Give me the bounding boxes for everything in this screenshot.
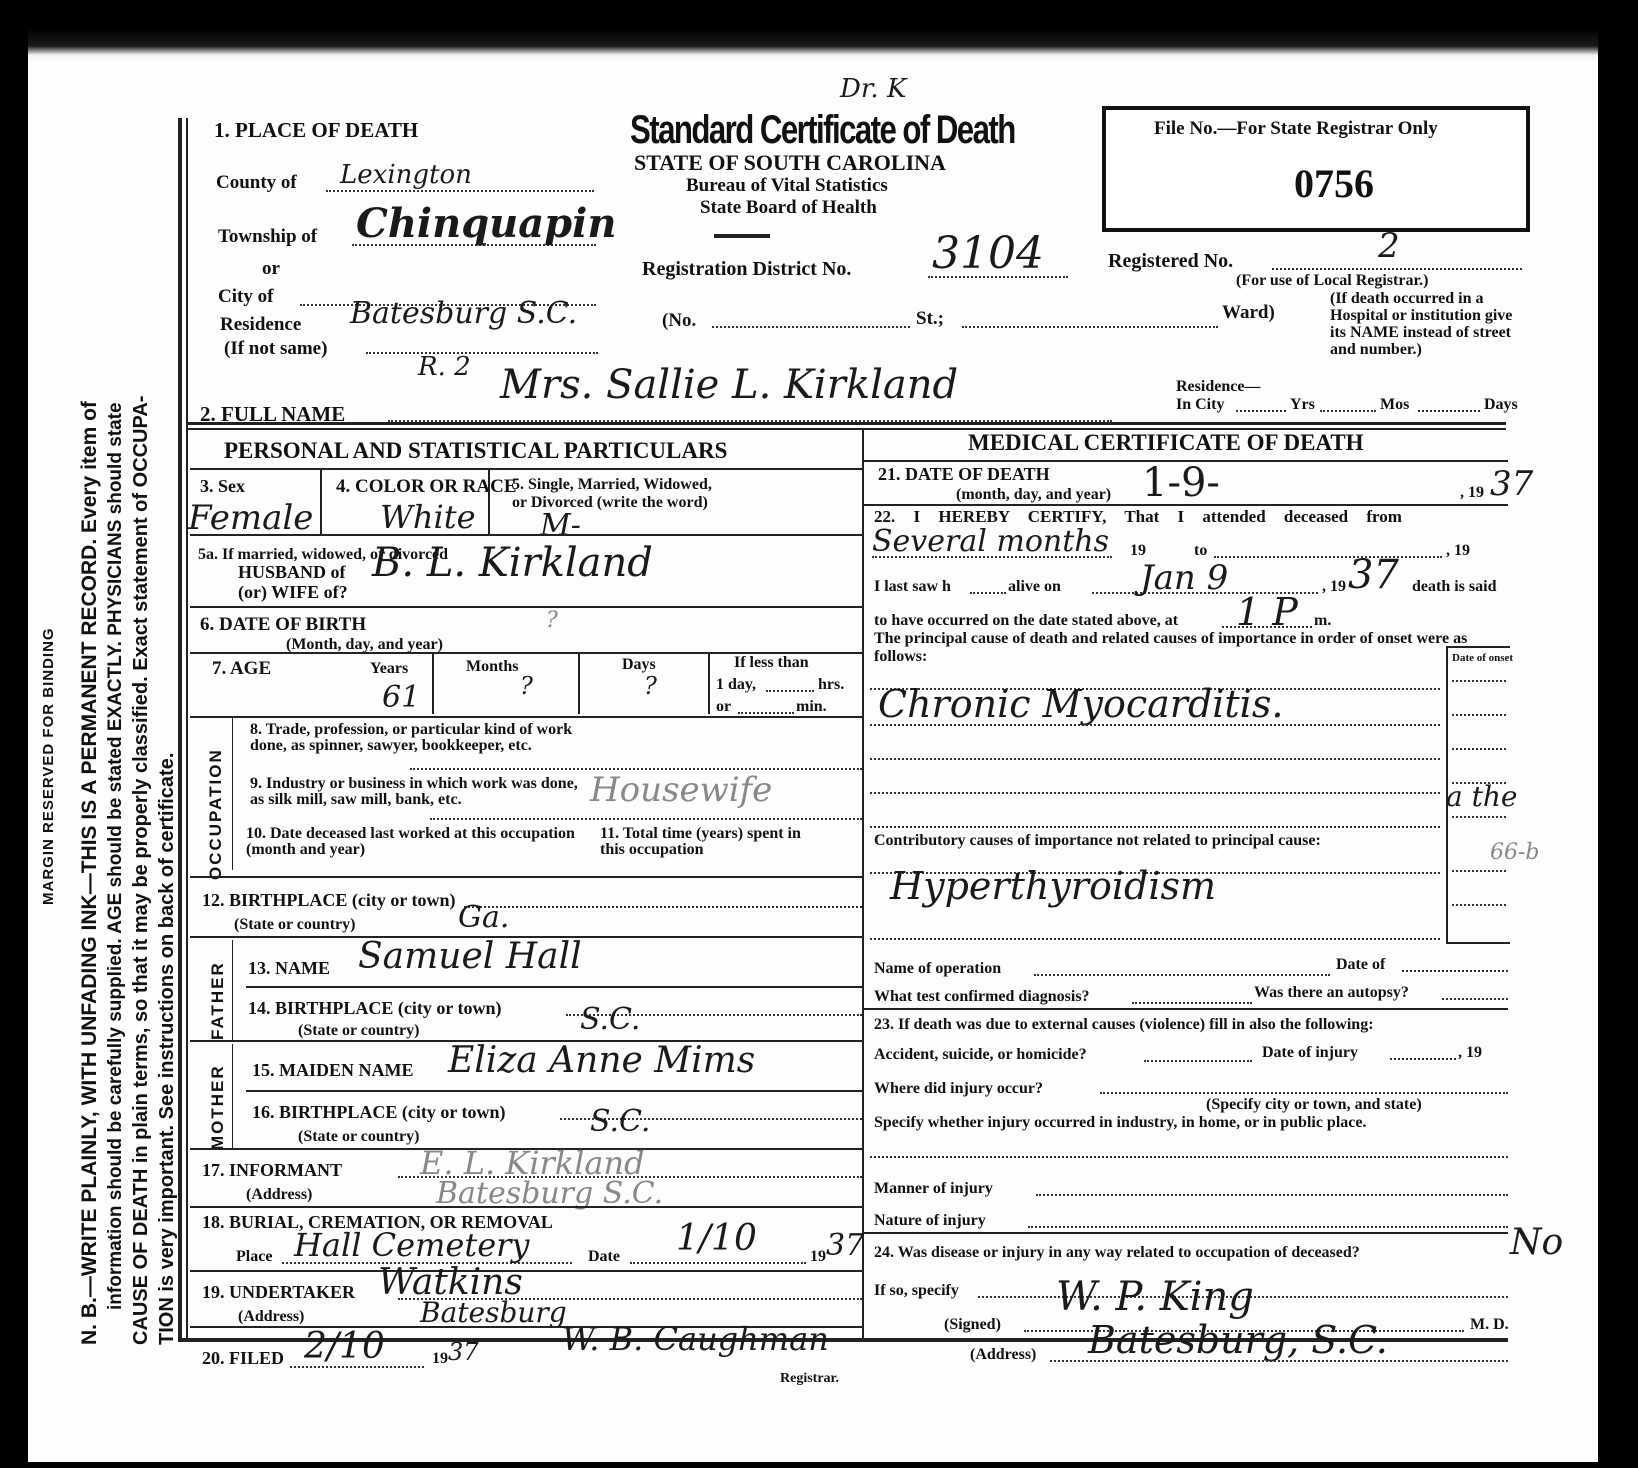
in-city-yrs-line: [1236, 410, 1286, 412]
margin-instruction-line3: CAUSE OF DEATH in plain terms, so that i…: [130, 396, 153, 1345]
last-saw-year-prefix: , 19: [1322, 578, 1346, 595]
registered-no-label: Registered No.: [1108, 250, 1233, 273]
sex-value: Female: [188, 498, 313, 538]
attended-to-label: to: [1194, 542, 1207, 559]
onset-line-6: [1452, 870, 1506, 872]
margin-instruction-line1: N. B.—WRITE PLAINLY, WITH UNFADING INK—T…: [78, 401, 102, 1345]
file-box-label: File No.—For State Registrar Only: [1154, 118, 1438, 140]
street-number-label: (No.: [662, 310, 696, 332]
less-than-label: If less than: [734, 654, 809, 671]
mother-birthplace-sub: (State or country): [298, 1128, 419, 1145]
industry-label: 9. Industry or business in which work wa…: [250, 776, 584, 808]
external-label: 23. If death was due to external causes …: [874, 1016, 1374, 1033]
certificate-title: Standard Certificate of Death: [630, 108, 1020, 153]
residence-in-city-label: Residence—: [1176, 378, 1260, 395]
burial-place-label: Place: [236, 1248, 272, 1265]
registration-district-label: Registration District No.: [642, 258, 851, 281]
section-top-rule: [186, 422, 1506, 425]
mother-maiden-label: 15. MAIDEN NAME: [252, 1062, 414, 1079]
column-divider: [862, 430, 864, 1338]
filed-year-value: 37: [448, 1338, 479, 1366]
onset-value: a the: [1446, 780, 1517, 813]
attended-from-value: Several months: [872, 524, 1109, 559]
marital-value: M-: [540, 508, 581, 543]
residence-value: Batesburg S.C.: [350, 296, 577, 331]
bureau-name: Bureau of Vital Statistics: [686, 175, 888, 197]
total-time-label: 11. Total time (years) spent in this occ…: [600, 826, 814, 858]
medical-rule-24: [864, 1232, 1508, 1234]
attended-19: 19: [1130, 542, 1146, 559]
time-value: 1 P: [1236, 590, 1298, 634]
registrar-label: Registrar.: [780, 1370, 839, 1387]
contributory-cause-value: Hyperthyroidism: [890, 864, 1216, 908]
age-months-value: ?: [520, 672, 533, 700]
father-birthplace-label: 14. BIRTHPLACE (city or town): [248, 1000, 502, 1017]
onset-line-1: [1452, 680, 1506, 682]
sex-label: 3. Sex: [200, 478, 245, 495]
occupation-related-value: No: [1510, 1222, 1563, 1263]
residence-label: Residence: [220, 314, 301, 336]
or-min-label: or: [716, 698, 731, 715]
contributory-label: Contributory causes of importance not re…: [874, 832, 1321, 849]
county-line: [326, 190, 594, 192]
age-years-value: 61: [382, 680, 420, 715]
specify-place-line: [870, 1156, 1508, 1158]
township-label: Township of: [218, 226, 317, 248]
full-name-value: Mrs. Sallie L. Kirkland: [500, 362, 958, 408]
in-city-label: In City: [1176, 396, 1224, 413]
attended-to-line: [1214, 556, 1442, 558]
age-days-value: ?: [644, 672, 657, 700]
dod-label: 21. DATE OF DEATH: [878, 466, 1050, 483]
age-label: 7. AGE: [212, 660, 271, 677]
test-line: [1132, 1002, 1252, 1004]
dob-label: 6. DATE OF BIRTH: [200, 616, 366, 633]
row-rule-2: [190, 606, 862, 608]
personal-heading-rule: [190, 468, 862, 470]
board-name: State Board of Health: [700, 197, 877, 219]
last-worked-label: 10. Date deceased last worked at this oc…: [246, 826, 584, 858]
physician-address-label: (Address): [970, 1346, 1036, 1363]
file-number: 0756: [1294, 160, 1374, 207]
marital-label-1: 5. Single, Married, Widowed,: [512, 476, 712, 493]
last-saw-pronoun-line: [970, 592, 1006, 594]
street-line: [962, 326, 1218, 328]
onset-line-7: [1452, 904, 1506, 906]
attended-to-19: , 19: [1446, 542, 1470, 559]
in-city-mos-line: [1320, 410, 1376, 412]
row-rule-10: [190, 1270, 862, 1272]
spouse-value: B. L. Kirkland: [372, 540, 653, 586]
residence-sub-label: (If not same): [224, 338, 327, 360]
nature-label: Nature of injury: [874, 1212, 986, 1229]
father-side-label: FATHER: [208, 961, 228, 1040]
accident-line: [1144, 1060, 1252, 1062]
date-injury-label: Date of injury: [1262, 1044, 1358, 1061]
residence-line: [366, 352, 598, 354]
city-label: City of: [218, 286, 273, 308]
registered-no-value: 2: [1378, 226, 1400, 266]
operation-line: [1034, 974, 1330, 976]
date-of-onset-label: Date of onset: [1452, 650, 1513, 667]
age-days-divider: [708, 654, 710, 714]
mos-label: Mos: [1380, 396, 1409, 413]
informant-address-label: (Address): [246, 1186, 312, 1203]
death-said-label: death is said: [1412, 578, 1496, 595]
signed-label: (Signed): [944, 1316, 1001, 1333]
father-name-value: Samuel Hall: [358, 936, 582, 977]
mother-birthplace-value: S.C.: [590, 1104, 650, 1139]
manner-label: Manner of injury: [874, 1180, 993, 1197]
dod-year-value: 37: [1490, 464, 1533, 504]
specify-place-label: Specify whether injury occurred in indus…: [874, 1114, 1366, 1131]
cause-intro: The principal cause of death and related…: [874, 630, 1524, 666]
title-rule: [714, 234, 770, 238]
autopsy-label: Was there an autopsy?: [1254, 984, 1409, 1001]
industry-value: Housewife: [590, 770, 772, 810]
burial-date-label: Date: [588, 1248, 620, 1265]
or-label: or: [262, 258, 280, 280]
filed-year-prefix: 19: [432, 1350, 448, 1367]
attended-from-line: [872, 556, 1112, 558]
medical-rule-23: [864, 1008, 1508, 1010]
mother-maiden-rule: [246, 1090, 862, 1092]
race-value: White: [380, 498, 476, 536]
dod-value: 1-9-: [1142, 460, 1220, 506]
filed-label: 20. FILED: [202, 1350, 284, 1367]
ward-label: Ward): [1222, 302, 1275, 324]
burial-date-value: 1/10: [676, 1218, 757, 1259]
state-name: STATE OF SOUTH CAROLINA: [634, 150, 946, 176]
birthplace-sub-label: (State or country): [234, 916, 355, 933]
county-value: Lexington: [340, 160, 472, 190]
date-of-label: Date of: [1336, 956, 1385, 973]
registration-district-value: 3104: [932, 228, 1044, 279]
last-saw-alive-label: alive on: [1008, 578, 1061, 595]
registrar-signature: W. B. Caughman: [562, 1320, 829, 1358]
father-birthplace-sub: (State or country): [298, 1022, 419, 1039]
row-rule-5: [190, 876, 862, 878]
dod-year-prefix: , 19: [1460, 484, 1484, 501]
onset-column-bottom: [1446, 942, 1510, 944]
physician-signature: W. P. King: [1056, 1274, 1254, 1320]
nature-line: [1028, 1226, 1508, 1228]
last-saw-label: I last saw h: [874, 578, 951, 595]
burial-year-prefix: 19: [810, 1248, 826, 1265]
margin-instruction-line2: information should be carefully supplied…: [105, 402, 127, 1310]
dob-value: ?: [546, 608, 558, 633]
last-saw-value: Jan 9: [1140, 558, 1228, 598]
margin-binding-note: MARGIN RESERVED FOR BINDING: [40, 627, 57, 905]
date-of-line: [1402, 970, 1508, 972]
form-left-border: [178, 118, 182, 1340]
specify-city-note: (Specify city or town, and state): [1206, 1096, 1422, 1113]
street-label: St.;: [916, 308, 944, 330]
test-label: What test confirmed diagnosis?: [874, 988, 1090, 1005]
cause-line-5: [870, 826, 1440, 828]
burial-place-value: Hall Cemetery: [294, 1226, 530, 1264]
onset-column-top: [1446, 646, 1510, 648]
days-label: Days: [1484, 396, 1518, 413]
local-registrar-note: (For use of Local Registrar.): [1236, 272, 1428, 289]
in-city-days-line: [1418, 410, 1480, 412]
street-number-line: [712, 326, 910, 328]
onset-line-3: [1452, 748, 1506, 750]
where-label: Where did injury occur?: [874, 1080, 1043, 1097]
autopsy-line: [1442, 998, 1508, 1000]
contributory-onset-value: 66-b: [1490, 840, 1540, 865]
yrs-label: Yrs: [1290, 396, 1315, 413]
county-label: County of: [216, 172, 297, 194]
date-injury-line: [1390, 1058, 1456, 1060]
medical-heading: MEDICAL CERTIFICATE OF DEATH: [968, 430, 1364, 456]
industry-line: [430, 818, 862, 820]
physician-address-value: Batesburg, S.C.: [1088, 1318, 1388, 1362]
mother-maiden-value: Eliza Anne Mims: [448, 1040, 755, 1081]
date-injury-19: , 19: [1458, 1044, 1482, 1061]
spouse-label-3: (or) WIFE of?: [238, 584, 348, 601]
rfd-value: R. 2: [418, 352, 471, 382]
father-side-divider: [232, 940, 233, 1040]
principal-cause-value: Chronic Myocarditis.: [878, 682, 1283, 726]
mother-side-divider: [232, 1044, 233, 1148]
medical-rule-1: [864, 504, 1508, 506]
occurred-label: to have occurred on the date stated abov…: [874, 612, 1178, 629]
hrs-label: hrs.: [818, 676, 844, 693]
manner-line: [1036, 1194, 1508, 1196]
certify-label: 22. I HEREBY CERTIFY, That I attended de…: [874, 508, 1402, 525]
one-day-label: 1 day,: [716, 676, 756, 693]
where-line: [1100, 1092, 1508, 1094]
time-suffix: m.: [1314, 612, 1331, 629]
age-months-divider: [578, 654, 580, 714]
birthplace-line: [464, 906, 862, 908]
form-left-border-inner: [186, 118, 188, 1340]
undertaker-label: 19. UNDERTAKER: [202, 1284, 355, 1301]
dod-sub-label: (month, day, and year): [956, 486, 1111, 503]
row-rule-9: [190, 1206, 862, 1208]
township-value: Chinquapin: [356, 200, 616, 247]
physician-address-line: [1050, 1360, 1508, 1362]
hospital-note: (If death occurred in a Hospital or inst…: [1330, 290, 1520, 358]
personal-heading: PERSONAL AND STATISTICAL PARTICULARS: [224, 438, 727, 464]
birthplace-label: 12. BIRTHPLACE (city or town): [202, 892, 456, 909]
informant-label: 17. INFORMANT: [202, 1162, 342, 1179]
age-years-divider: [432, 654, 434, 714]
mother-side-label: MOTHER: [208, 1064, 228, 1150]
cause-line-4: [870, 792, 1440, 794]
undertaker-address-label: (Address): [238, 1308, 304, 1325]
hours-line: [766, 690, 814, 692]
father-name-label: 13. NAME: [248, 960, 330, 977]
dob-sub-label: (Month, day, and year): [286, 636, 443, 653]
margin-instruction-line4: TION is very important. See instructions…: [156, 753, 179, 1345]
age-days-label: Days: [622, 656, 656, 673]
onset-line-5: [1452, 816, 1506, 818]
filed-date-value: 2/10: [304, 1326, 385, 1367]
last-saw-year-value: 37: [1348, 552, 1399, 598]
registered-no-line: [1272, 268, 1522, 270]
if-so-label: If so, specify: [874, 1282, 959, 1299]
sex-race-divider: [320, 470, 322, 534]
occupation-related-label: 24. Was disease or injury in any way rel…: [874, 1244, 1360, 1261]
row-rule-4: [190, 716, 862, 718]
mother-birthplace-label: 16. BIRTHPLACE (city or town): [252, 1104, 506, 1121]
min-label: min.: [796, 698, 827, 715]
age-months-label: Months: [466, 658, 518, 675]
father-birthplace-value: S.C.: [580, 1002, 640, 1037]
cause-line-2: [870, 724, 1440, 726]
age-years-label: Years: [370, 660, 408, 677]
spouse-label-2: HUSBAND of: [238, 564, 346, 581]
place-of-death-heading: 1. PLACE OF DEATH: [214, 118, 418, 143]
birthplace-value: Ga.: [458, 900, 509, 935]
race-marital-divider: [488, 470, 490, 534]
father-name-rule: [246, 986, 862, 988]
trade-label: 8. Trade, profession, or particular kind…: [250, 722, 584, 754]
cause-line-3: [870, 758, 1440, 760]
occupation-side-divider: [232, 718, 233, 870]
burial-year-value: 37: [826, 1228, 864, 1263]
header-annotation: Dr. K: [840, 74, 906, 104]
accident-label: Accident, suicide, or homicide?: [874, 1046, 1087, 1063]
operation-label: Name of operation: [874, 960, 1001, 977]
burial-date-line: [630, 1262, 806, 1264]
state-file-box: File No.—For State Registrar Only 0756: [1102, 106, 1530, 232]
contributory-line-2: [870, 938, 1440, 940]
row-rule-1: [190, 534, 862, 536]
minutes-line: [738, 712, 794, 714]
occupation-side-label: OCCUPATION: [206, 748, 226, 880]
undertaker-address-value: Batesburg: [420, 1296, 567, 1329]
onset-line-2: [1452, 714, 1506, 716]
md-label: M. D.: [1470, 1316, 1509, 1333]
